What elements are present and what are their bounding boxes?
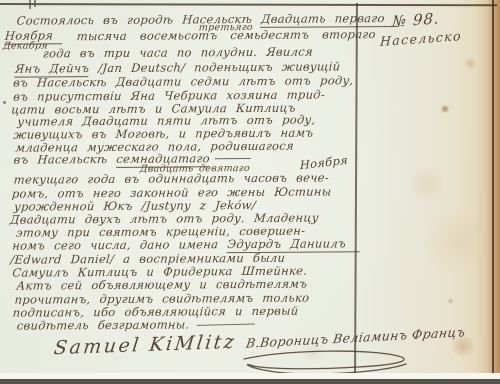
act-line-17: номъ сего числа, дано имена Эдуардъ Дани… xyxy=(12,236,361,252)
act-line-23: свидѣтель безграмотны. xyxy=(16,317,255,333)
birth-month: Ноября xyxy=(300,153,348,172)
scan-bottom-edge xyxy=(0,379,500,384)
birth-place: въ Насельскѣ xyxy=(13,152,117,167)
act-line-3: года въ три часа по полудни. Явился xyxy=(42,45,313,61)
dual-date-month-gregorian: Декабря xyxy=(2,40,48,51)
closing-dash xyxy=(196,323,254,325)
naming-formula: номъ сего числа, дано имена xyxy=(12,237,228,253)
act-line-2: тысяча восемьсотъ семьдесятъ втораго xyxy=(76,27,376,43)
register-page-scan: № 98. Насельско Состоялось въ городѣ Нас… xyxy=(0,0,500,384)
closing-formula: свидѣтель безграмотны. xyxy=(16,317,190,332)
act-day-julian-underlined: Двадцать перваго xyxy=(260,11,399,28)
insertion-rule xyxy=(215,158,251,159)
